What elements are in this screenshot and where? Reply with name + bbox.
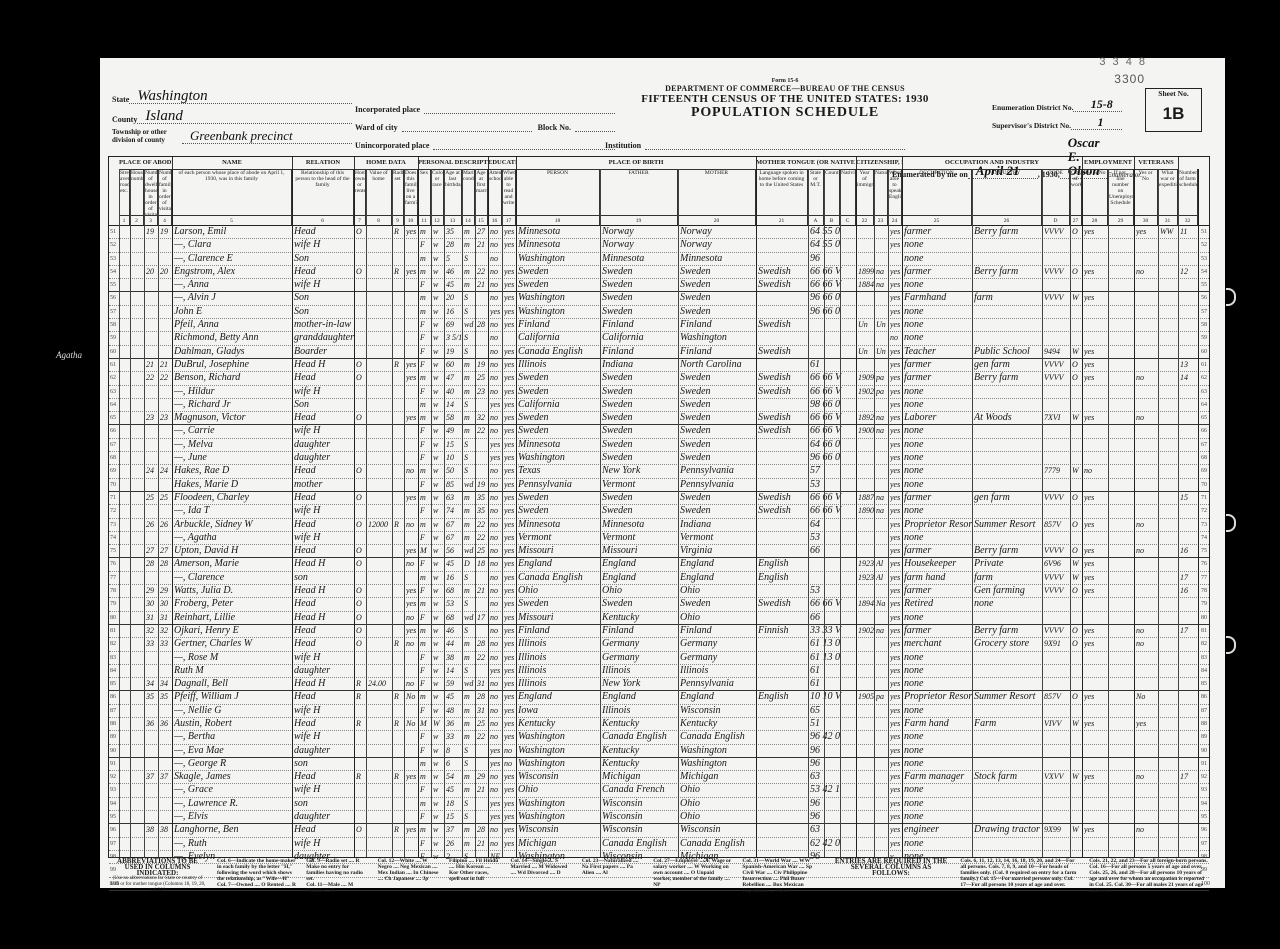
cell-vet [1136, 558, 1158, 570]
cell-ind [974, 239, 1042, 251]
cell-cls [1072, 439, 1082, 451]
cell-vet [1136, 811, 1158, 823]
cell-vet: yes [1136, 718, 1158, 730]
cell-sex: m [420, 798, 431, 810]
column-header: Number of family in order of visitation [158, 169, 172, 215]
cell-fbp: Sweden [602, 386, 678, 398]
cell-mbp: Washington [680, 332, 756, 344]
cell-radio [394, 585, 404, 597]
cell-rw: yes [504, 691, 516, 703]
cell-own [356, 306, 366, 318]
cell-agem [477, 811, 488, 823]
cell-cls: O [1072, 492, 1082, 504]
cell-lang [758, 479, 808, 491]
cell-war [1160, 346, 1178, 358]
cell-farm [406, 731, 418, 743]
cell-rw: yes [504, 279, 516, 291]
cell-eng: yes [890, 372, 902, 384]
cell-mbp: North Carolina [680, 359, 756, 371]
column-header: Value of home [366, 169, 392, 215]
cell-eng: yes [890, 439, 902, 451]
cell-fbp: Sweden [602, 412, 678, 424]
cell-farm [406, 239, 418, 251]
cell-race: w [433, 266, 444, 278]
cell-farm: yes [406, 492, 418, 504]
column-divider [158, 169, 159, 857]
cell-race: w [433, 412, 444, 424]
cell-fbp: Canada English [602, 838, 678, 850]
cell-ocode [1044, 784, 1070, 796]
line-number: 74 [110, 532, 116, 544]
cell-cls [1072, 452, 1082, 464]
column-divider [119, 169, 120, 857]
cell-fam [160, 332, 172, 344]
cell-val [368, 226, 392, 238]
cell-vet [1136, 705, 1158, 717]
cell-dw [146, 572, 158, 584]
cell-nat: na [876, 266, 888, 278]
cell-own: O [356, 558, 366, 570]
cell-sex: m [420, 824, 431, 836]
cell-lang: Swedish [758, 505, 808, 517]
cell-nat [876, 532, 888, 544]
cell-fam [160, 731, 172, 743]
table-row: 81813232Ojkari, Henry EHeadOyesmw46Snoye… [109, 625, 1209, 638]
cell-dw [146, 253, 158, 265]
line-number: 89 [110, 731, 116, 743]
cell-radio [394, 492, 404, 504]
cell-radio [394, 598, 404, 610]
cell-lang [758, 838, 808, 850]
cell-lang [758, 292, 808, 304]
cell-radio: R [394, 824, 404, 836]
cell-code: 51 [810, 718, 856, 730]
cell-ind: farm [974, 572, 1042, 584]
cell-bp: Missouri [518, 545, 600, 557]
cell-sex: F [420, 652, 431, 664]
cell-name: —, Richard Jr [174, 399, 292, 411]
column-header: CODE [1042, 169, 1070, 215]
cell-code: 61 13 0 [810, 652, 856, 664]
cell-rel: Son [294, 253, 354, 265]
cell-ocode [1044, 678, 1070, 690]
cell-lang [758, 612, 808, 624]
cell-emp [1084, 731, 1108, 743]
cell-bp: Iowa [518, 705, 600, 717]
column-header: OCCUPATION [902, 169, 972, 215]
column-divider [1178, 169, 1179, 857]
cell-bp: Canada English [518, 346, 600, 358]
cell-farmno: 16 [1180, 585, 1198, 597]
cell-eng: yes [890, 306, 902, 318]
cell-emp [1084, 253, 1108, 265]
cell-code: 66 66 V [810, 505, 856, 517]
cell-war [1160, 359, 1178, 371]
cell-fbp: Michigan [602, 771, 678, 783]
cell-sex: F [420, 359, 431, 371]
cell-vet [1136, 292, 1158, 304]
cell-lang: Swedish [758, 386, 808, 398]
cell-occ: Farmhand [904, 292, 972, 304]
cell-farmno [1180, 319, 1198, 331]
cell-own: O [356, 412, 366, 424]
line-number-right: 67 [1201, 439, 1207, 451]
cell-imm: 1905 [858, 691, 874, 703]
line-number-right: 86 [1201, 691, 1207, 703]
cell-code: 63 [810, 771, 856, 783]
cell-sch: no [490, 731, 502, 743]
cell-ind: Private [974, 558, 1042, 570]
cell-age: 15 [446, 811, 462, 823]
cell-race: w [433, 479, 444, 491]
cell-mar: S [464, 625, 475, 637]
cell-imm: 1884 [858, 279, 874, 291]
cell-nat [876, 545, 888, 557]
cell-rel: Head [294, 771, 354, 783]
cell-farmno: 17 [1180, 572, 1198, 584]
cell-vet [1136, 253, 1158, 265]
line-number-right: 66 [1201, 425, 1207, 437]
cell-name: Engstrom, Alex [174, 266, 292, 278]
cell-dw: 23 [146, 412, 158, 424]
column-number: 12 [431, 215, 444, 225]
cell-code: 33 33 V [810, 625, 856, 637]
cell-code [810, 572, 856, 584]
cell-ind: Drawing tractor [974, 824, 1042, 836]
cell-code [810, 332, 856, 344]
cell-ind [974, 319, 1042, 331]
cell-rw: yes [504, 558, 516, 570]
cell-imm [858, 771, 874, 783]
cell-war [1160, 386, 1178, 398]
state-value: Washington [129, 89, 352, 104]
cell-lang: Swedish [758, 266, 808, 278]
cell-cls [1072, 612, 1082, 624]
cell-rw: yes [504, 718, 516, 730]
cell-mar: S [464, 253, 475, 265]
table-row: 82823333Gertner, Charles WHeadORnomw44m2… [109, 638, 1209, 651]
cell-war [1160, 399, 1178, 411]
cell-fam [160, 399, 172, 411]
cell-code: 96 66 0 [810, 452, 856, 464]
cell-ind [974, 745, 1042, 757]
cell-farm [406, 811, 418, 823]
cell-rel: son [294, 572, 354, 584]
line-number-right: 61 [1201, 359, 1207, 371]
footnote-col27: Col. 27—Employer .... E Wage or salary w… [653, 858, 732, 888]
sheet-value: 1B [1146, 104, 1201, 124]
cell-lang [758, 638, 808, 650]
cell-occ: none [904, 253, 972, 265]
cell-radio [394, 439, 404, 451]
line-number-right: 54 [1201, 266, 1207, 278]
cell-imm [858, 811, 874, 823]
cell-occ: Farm hand [904, 718, 972, 730]
cell-val [368, 798, 392, 810]
cell-radio [394, 731, 404, 743]
cell-sex: F [420, 558, 431, 570]
cell-fam [160, 425, 172, 437]
cell-nat: na [876, 412, 888, 424]
cell-cls: O [1072, 519, 1082, 531]
cell-vet [1136, 359, 1158, 371]
cell-war [1160, 505, 1178, 517]
cell-sex: F [420, 332, 431, 344]
cell-val [368, 359, 392, 371]
cell-race: w [433, 665, 444, 677]
cell-lang: Swedish [758, 598, 808, 610]
cell-farm [406, 784, 418, 796]
cell-ind: Berry farm [974, 625, 1042, 637]
sd-value: 1 [1071, 115, 1122, 130]
line-number: 55 [110, 279, 116, 291]
cell-fbp: Illinois [602, 665, 678, 677]
cell-race: w [433, 372, 444, 384]
cell-mbp: Finland [680, 319, 756, 331]
line-number: 51 [110, 226, 116, 238]
incorporated-label: Incorporated place [355, 105, 420, 114]
cell-sex: m [420, 519, 431, 531]
cell-radio [394, 545, 404, 557]
cell-vet: yes [1136, 226, 1158, 238]
cell-code [810, 319, 856, 331]
cell-occ: farmer [904, 359, 972, 371]
cell-rw: yes [504, 479, 516, 491]
cell-emp: yes [1084, 292, 1108, 304]
cell-bp: Vermont [518, 532, 600, 544]
cell-race: w [433, 572, 444, 584]
cell-imm [858, 532, 874, 544]
line-number-right: 80 [1201, 612, 1207, 624]
cell-own [356, 292, 366, 304]
line-number: 65 [110, 412, 116, 424]
cell-fbp: New York [602, 678, 678, 690]
cell-farmno [1180, 399, 1198, 411]
cell-eng: yes [890, 838, 902, 850]
column-number: 15 [475, 215, 488, 225]
cell-agem [477, 399, 488, 411]
cell-fam: 29 [160, 585, 172, 597]
cell-race: w [433, 811, 444, 823]
cell-sch: no [490, 292, 502, 304]
cell-sch: no [490, 226, 502, 238]
cell-war [1160, 372, 1178, 384]
cell-cls: O [1072, 226, 1082, 238]
cell-mbp: Sweden [680, 306, 756, 318]
cell-farm [406, 532, 418, 544]
cell-agem [477, 625, 488, 637]
cell-war [1160, 625, 1178, 637]
column-header: Whether able to read and write [502, 169, 516, 215]
cell-radio [394, 319, 404, 331]
cell-ocode: VVVV [1044, 372, 1070, 384]
cell-ind [974, 705, 1042, 717]
cell-cls: O [1072, 266, 1082, 278]
table-row: 8383—, Rose Mwife HFw38m22noyesIllinoisG… [109, 652, 1209, 665]
cell-fbp: Sweden [602, 439, 678, 451]
cell-radio [394, 784, 404, 796]
cell-code: 66 66 V [810, 279, 856, 291]
cell-dw: 38 [146, 824, 158, 836]
column-header: Sex [418, 169, 431, 215]
cell-bp: Illinois [518, 678, 600, 690]
cell-agem: 28 [477, 319, 488, 331]
cell-dw [146, 505, 158, 517]
cell-dw [146, 665, 158, 677]
cell-name: —, Ruth [174, 838, 292, 850]
cell-radio [394, 678, 404, 690]
cell-race: w [433, 425, 444, 437]
cell-nat [876, 439, 888, 451]
table-row: 5353—, Clarence ESonmw5SnoWashingtonMinn… [109, 253, 1209, 266]
line-number: 87 [110, 705, 116, 717]
cell-mbp: Sweden [680, 372, 756, 384]
line-number: 72 [110, 505, 116, 517]
column-divider [1082, 169, 1083, 857]
line-number: 84 [110, 665, 116, 677]
cell-code: 53 42 1 [810, 784, 856, 796]
cell-nat [876, 705, 888, 717]
cell-eng: yes [890, 652, 902, 664]
cell-val [368, 598, 392, 610]
census-sheet: 3 3 4 8 3300 StateWashington CountyIslan… [100, 58, 1225, 888]
cell-name: Gertner, Charles W [174, 638, 292, 650]
cell-val [368, 691, 392, 703]
cell-mbp: Norway [680, 226, 756, 238]
cell-code [810, 346, 856, 358]
cell-radio [394, 811, 404, 823]
cell-farmno [1180, 465, 1198, 477]
cell-agem: 19 [477, 359, 488, 371]
cell-mar: wd [464, 545, 475, 557]
cell-rel: Head H [294, 678, 354, 690]
column-number: 22 [856, 215, 874, 225]
cell-vet [1136, 439, 1158, 451]
cell-bp: Wisconsin [518, 824, 600, 836]
cell-rel: wife H [294, 652, 354, 664]
cell-val [368, 412, 392, 424]
cell-code: 53 [810, 585, 856, 597]
cell-agem [477, 598, 488, 610]
cell-eng: yes [890, 625, 902, 637]
cell-age: 63 [446, 492, 462, 504]
cell-rw: yes [504, 585, 516, 597]
table-row: 51511919Larson, EmilHeadORyesmw35m27noye… [109, 226, 1209, 239]
cell-cls: O [1072, 545, 1082, 557]
cell-bp: England [518, 558, 600, 570]
cell-mar: S [464, 452, 475, 464]
cell-radio [394, 253, 404, 265]
cell-rel: granddaughter [294, 332, 354, 344]
cell-agem: 22 [477, 731, 488, 743]
cell-lang [758, 545, 808, 557]
cell-emp [1084, 452, 1108, 464]
line-number-right: 95 [1201, 811, 1207, 823]
column-divider [972, 169, 973, 857]
table-row: 7272—, Ida Twife HFw74m35noyesSwedenSwed… [109, 505, 1209, 518]
cell-code: 64 55 0 [810, 239, 856, 251]
cell-imm [858, 439, 874, 451]
cell-bp: Sweden [518, 412, 600, 424]
column-divider [404, 169, 405, 857]
cell-rel: Son [294, 292, 354, 304]
cell-sex: m [420, 266, 431, 278]
cell-sch: no [490, 532, 502, 544]
cell-farmno [1180, 479, 1198, 491]
line-number: 95 [110, 811, 116, 823]
cell-race: w [433, 612, 444, 624]
state-label: State [112, 95, 129, 104]
cell-own: O [356, 266, 366, 278]
line-number: 77 [110, 572, 116, 584]
cell-age: 46 [446, 266, 462, 278]
cell-farmno [1180, 452, 1198, 464]
cell-occ: Proprietor Resort [904, 691, 972, 703]
cell-ind: Public School [974, 346, 1042, 358]
cell-sex: F [420, 386, 431, 398]
cell-agem: 22 [477, 532, 488, 544]
column-number: 30 [1134, 215, 1158, 225]
cell-sex: m [420, 492, 431, 504]
column-header: Country [824, 169, 840, 215]
column-divider [1134, 169, 1135, 857]
cell-lang [758, 519, 808, 531]
cell-agem: 28 [477, 638, 488, 650]
cell-lang [758, 784, 808, 796]
cell-rel: Son [294, 306, 354, 318]
cell-vet: no [1136, 625, 1158, 637]
cell-mbp: Finland [680, 625, 756, 637]
cell-rw: yes [504, 811, 516, 823]
cell-dw: 28 [146, 558, 158, 570]
cell-eng: yes [890, 678, 902, 690]
line-number-right: 58 [1201, 319, 1207, 331]
cell-nat: Al [876, 558, 888, 570]
cell-code: 66 66 V [810, 266, 856, 278]
cell-eng: yes [890, 771, 902, 783]
cell-radio [394, 838, 404, 850]
cell-war [1160, 705, 1178, 717]
cell-name: —, Alvin J [174, 292, 292, 304]
cell-farm: yes [406, 359, 418, 371]
cell-farmno [1180, 279, 1198, 291]
column-divider [502, 169, 503, 857]
cell-cls [1072, 598, 1082, 610]
cell-ocode [1044, 705, 1070, 717]
cell-val [368, 319, 392, 331]
cell-dw: 29 [146, 585, 158, 597]
cell-ocode [1044, 386, 1070, 398]
cell-val [368, 266, 392, 278]
cell-race: w [433, 731, 444, 743]
cell-imm [858, 824, 874, 836]
cell-eng: yes [890, 691, 902, 703]
cell-agem: 22 [477, 519, 488, 531]
line-number: 86 [110, 691, 116, 703]
cell-ind [974, 678, 1042, 690]
cell-sch: no [490, 545, 502, 557]
cell-rw: yes [504, 292, 516, 304]
cell-bp: Washington [518, 811, 600, 823]
cell-sex: m [420, 625, 431, 637]
cell-farm [406, 758, 418, 770]
cell-emp [1084, 612, 1108, 624]
cell-mbp: Pennsylvania [680, 678, 756, 690]
cell-war [1160, 479, 1178, 491]
cell-code: 96 [810, 253, 856, 265]
cell-rw: yes [504, 678, 516, 690]
table-row: 80803131Reinhart, LillieHead HOnoFw68wd1… [109, 612, 1209, 625]
